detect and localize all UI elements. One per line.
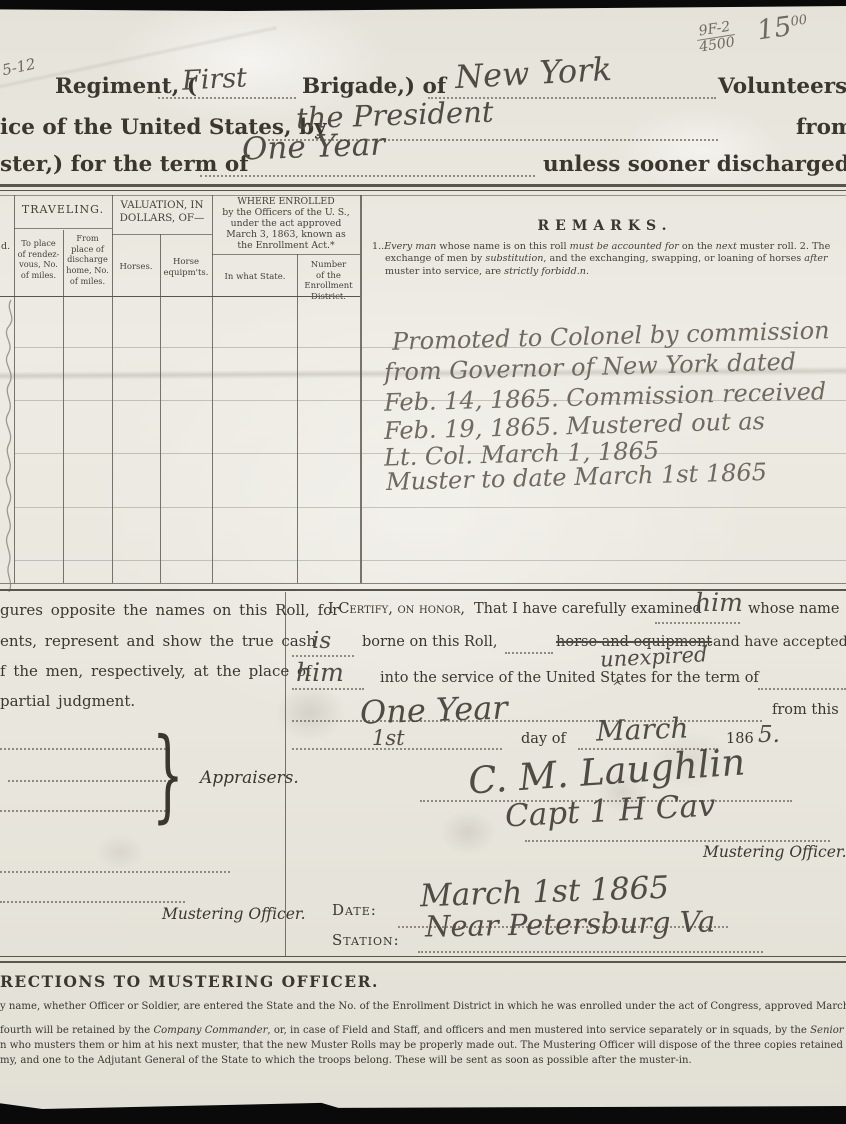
certify-line2-b: , and have accepted — [704, 634, 846, 650]
certify-line1-rest: That I have carefully examined — [474, 601, 702, 617]
blank-line — [292, 655, 354, 657]
signature-line — [0, 871, 230, 873]
appraiser-signature-line — [0, 748, 170, 750]
where-enrolled-group-title: WHERE ENROLLED by the Officers of the U.… — [212, 197, 360, 252]
horses-col-header: Horses. — [113, 262, 159, 272]
note-seg: next — [716, 241, 737, 252]
traveling-group-title: TRAVELING. — [14, 203, 112, 216]
dir-seg: , or, in case of Field and Staff, and of… — [267, 1025, 810, 1036]
header-line1-post: Volunteers, — [718, 74, 846, 99]
note-seg: must be accounted for — [570, 241, 679, 252]
blank-line — [505, 652, 553, 654]
pencil-amount-cents: 00 — [790, 13, 808, 30]
rule — [0, 184, 846, 187]
dir-seg: Senior Officer, — [810, 1025, 846, 1036]
directions-para2-line1: fourth will be retained by the Company C… — [0, 1025, 846, 1036]
directions-para2-line2: n who musters them or him at his next mu… — [0, 1040, 846, 1051]
blank-line — [292, 748, 502, 750]
station-label: Station: — [332, 931, 400, 949]
header-line3-pre: ster,) for the term of — [0, 152, 249, 177]
left-stub-fragment: d. — [1, 241, 10, 252]
grid-line — [160, 234, 161, 583]
station-value-handwritten: Near Petersburg Va — [425, 904, 716, 943]
signature-line — [0, 901, 185, 903]
certify-him2-handwritten: him — [296, 658, 344, 687]
header-line1-mid: Brigade,) of — [302, 74, 446, 99]
note-seg: , and the exchanging, swapping, or loani… — [543, 253, 804, 264]
header-line1-pre: Regiment, ( — [55, 74, 197, 99]
certify-line2-a: borne on this Roll, — [362, 634, 498, 650]
traveling-col1-header: To place of rendez- vous, No. of miles. — [16, 238, 61, 281]
directions-para2-line3: my, and one to the Adjutant General of t… — [0, 1055, 692, 1066]
certify-month-handwritten: March — [595, 711, 689, 747]
note-seg: strictly forbidd.n. — [504, 266, 589, 277]
dir-seg: Company Commander — [153, 1025, 267, 1036]
row-line — [14, 560, 846, 561]
remarks-title: REMARKS. — [365, 218, 845, 234]
pencil-amount-dollars: 15 — [755, 11, 793, 46]
appraisal-text-line: f the men, respectively, at the place of — [0, 662, 312, 680]
header-line2-post: from — [796, 115, 846, 140]
grid-line — [297, 254, 298, 583]
rule — [0, 956, 846, 957]
blank-line — [158, 97, 296, 99]
table-top-rule — [0, 195, 846, 196]
certify-is-handwritten: is — [312, 628, 331, 654]
blank-line — [200, 175, 535, 177]
rule — [0, 190, 846, 191]
appraisers-label: Appraisers. — [200, 768, 299, 788]
appraisal-text-line: partial judgment. — [0, 692, 135, 710]
grid-line — [14, 228, 112, 229]
certify-line1-smallcaps: I Certify, on honor, — [328, 601, 465, 617]
certify-day-handwritten: 1st — [372, 726, 405, 750]
header-line3-post: unless sooner discharged. — [543, 152, 846, 177]
dir-seg: fourth will be retained by the — [0, 1025, 153, 1036]
grid-line — [112, 234, 212, 235]
vertical-marginalia-handwriting — [0, 298, 23, 594]
directions-title: RECTIONS TO MUSTERING OFFICER. — [0, 972, 379, 991]
appraiser-signature-line — [8, 780, 170, 782]
note-seg: on the — [679, 241, 716, 252]
scanned-muster-roll-document: 9F-2 4500 1500 5-12 Regiment, ( First Br… — [0, 0, 846, 1124]
grid-line — [112, 195, 113, 583]
certify-from-this: from this — [772, 702, 839, 718]
table-bottom-rule — [0, 583, 846, 584]
blank-line — [292, 688, 364, 690]
certify-line3-a: into the service of the United States fo… — [380, 670, 759, 686]
mustering-officer-label-left: Mustering Officer. — [162, 905, 306, 923]
note-seg: 1.. — [372, 241, 384, 252]
caret-mark: ^ — [612, 680, 623, 695]
appraisal-text-line: ents, represent and show the true cash — [0, 632, 316, 650]
horse-equipments-col-header: Horse equipm'ts. — [161, 257, 211, 279]
certify-year-handwritten: 5. — [758, 722, 780, 748]
table-header-bottom-rule — [0, 296, 360, 297]
date-label: Date: — [332, 901, 377, 919]
pencil-file-code: 9F-2 4500 — [695, 19, 737, 55]
certify-him-handwritten: him — [695, 588, 743, 617]
certify-day-of: day of — [521, 731, 566, 747]
mustering-officer-label-right: Mustering Officer. — [703, 843, 846, 861]
note-seg: substitution — [485, 253, 543, 264]
appraiser-signature-line — [0, 810, 170, 812]
header-brigade-handwritten: First — [181, 62, 248, 96]
directions-para1: y name, whether Officer or Soldier, are … — [0, 1001, 846, 1012]
row-line — [14, 507, 846, 508]
remarks-note: 1..Every man whose name is on this roll … — [372, 241, 846, 278]
grid-line — [360, 195, 362, 583]
valuation-group-title: VALUATION, IN DOLLARS, OF— — [112, 199, 212, 225]
signature-line — [525, 840, 830, 842]
in-what-state-col-header: In what State. — [213, 272, 297, 282]
note-seg: whose name is on this roll — [436, 241, 569, 252]
appraisers-brace: } — [152, 716, 184, 833]
blank-line — [655, 622, 740, 624]
blank-line — [418, 951, 763, 953]
grid-line — [212, 254, 360, 255]
traveling-col2-header: From place of discharge home, No. of mil… — [64, 233, 111, 286]
note-seg: after — [804, 253, 827, 264]
note-seg: muster into service, are — [385, 266, 504, 277]
rule — [0, 961, 846, 963]
blank-line — [758, 688, 846, 690]
appraisal-text-line: gures opposite the names on this Roll, f… — [0, 601, 339, 619]
certify-line1-post: whose name — [748, 601, 839, 617]
header-term-handwritten: One Year — [241, 127, 385, 168]
note-seg: Every man — [384, 241, 436, 252]
